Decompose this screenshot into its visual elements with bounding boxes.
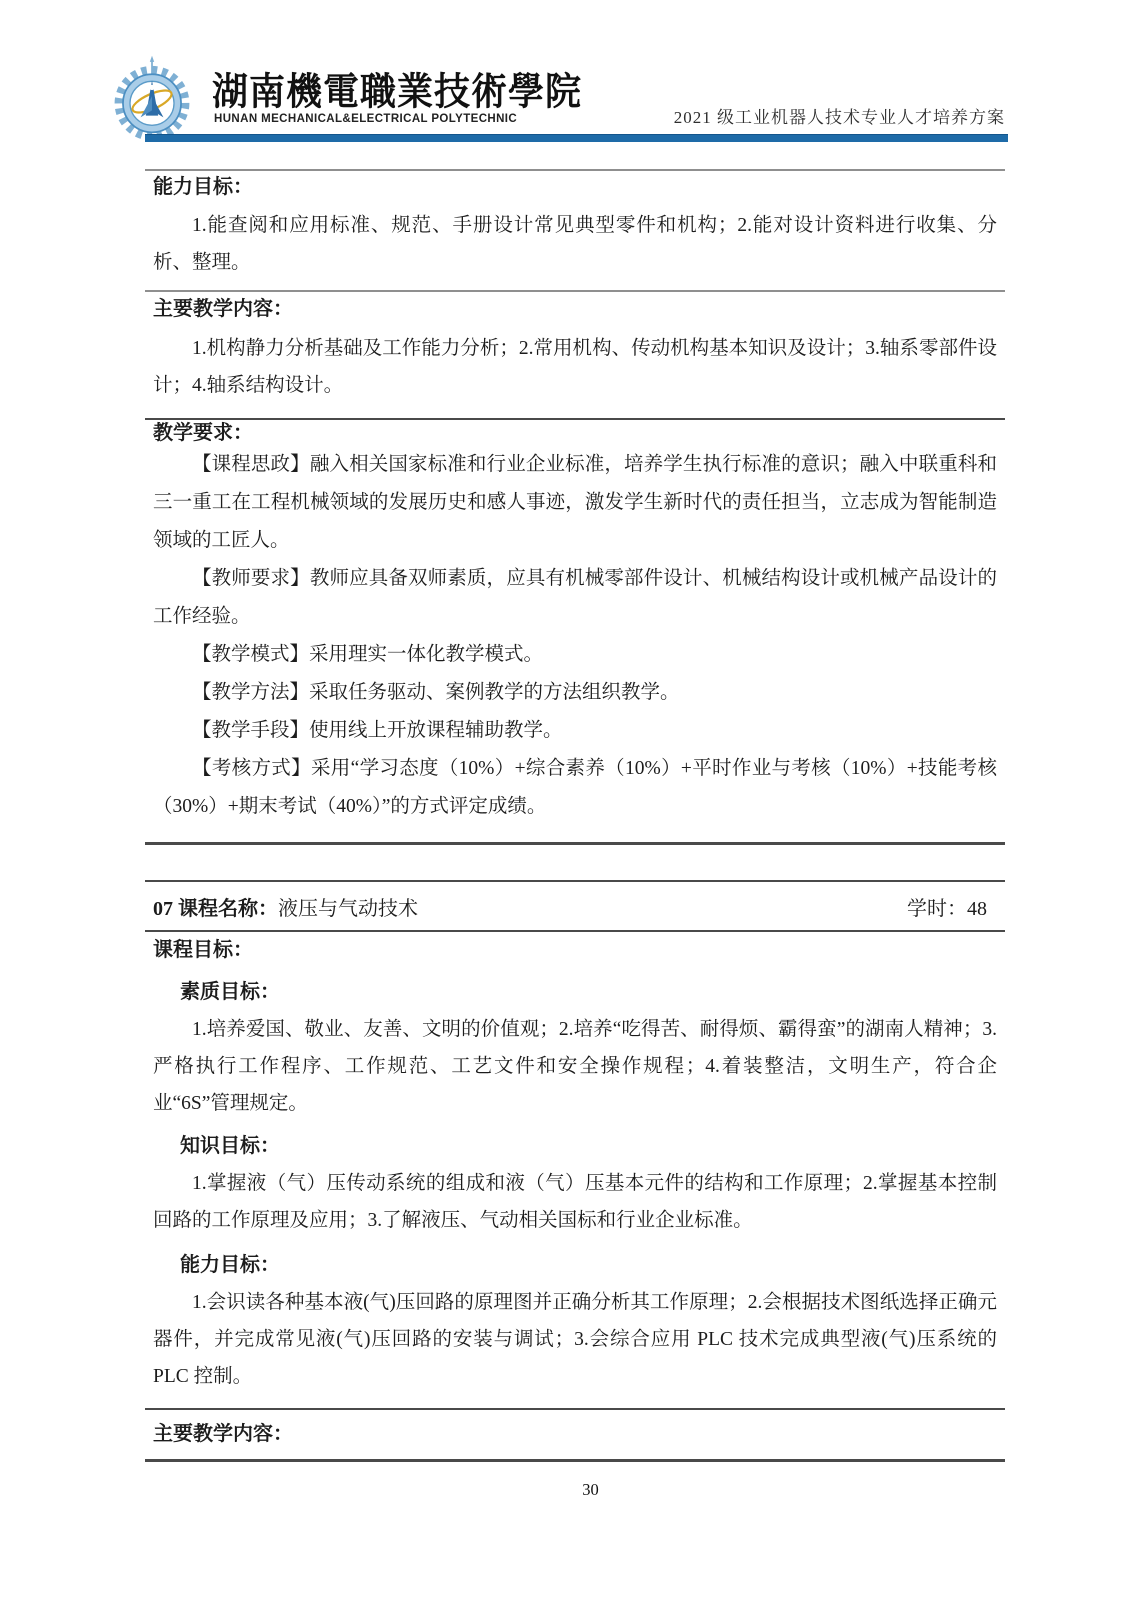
requirement-item: 【教学模式】采用理实一体化教学模式。 xyxy=(153,636,997,674)
course-objectives-heading: 课程目标： xyxy=(153,932,997,968)
ability-objectives-text: 1.会识读各种基本液(气)压回路的原理图并正确分析其工作原理；2.会根据技术图纸… xyxy=(153,1284,997,1395)
ability-objectives-heading: 能力目标： xyxy=(153,173,997,201)
hours-label: 学时： xyxy=(907,898,967,920)
document-page: 湖南機電職業技術學院 HUNAN MECHANICAL&ELECTRICAL P… xyxy=(0,0,1131,1600)
course07-section-table: 07 课程名称：液压与气动技术 学时：48 课程目标： 素质目标： 1.培养爱国… xyxy=(145,880,1005,1462)
quality-objectives-heading: 素质目标： xyxy=(180,974,997,1011)
course-title-row: 07 课程名称：液压与气动技术 学时：48 xyxy=(145,880,1005,930)
course-name: 液压与气动技术 xyxy=(278,898,418,920)
hours-value: 48 xyxy=(967,898,987,920)
ability-objectives-text: 1.能查阅和应用标准、规范、手册设计常见典型零件和机构；2.能对设计资料进行收集… xyxy=(153,207,997,281)
requirement-item: 【教学方法】采取任务驱动、案例教学的方法组织教学。 xyxy=(153,674,997,712)
teaching-content-text: 1.机构静力分析基础及工作能力分析；2.常用机构、传动机构基本知识及设计；3.轴… xyxy=(153,330,997,404)
requirement-item: 【课程思政】融入相关国家标准和行业企业标准，培养学生执行标准的意识；融入中联重科… xyxy=(153,446,997,560)
document-title: 2021 级工业机器人技术专业人才培养方案 xyxy=(405,103,1005,128)
course-title: 07 课程名称：液压与气动技术 xyxy=(153,892,418,921)
course06-section-table: 能力目标： 1.能查阅和应用标准、规范、手册设计常见典型零件和机构；2.能对设计… xyxy=(145,169,1005,845)
course-number-label: 07 课程名称： xyxy=(153,898,278,920)
ability-objectives-row: 能力目标： 1.能查阅和应用标准、规范、手册设计常见典型零件和机构；2.能对设计… xyxy=(145,169,1005,290)
page-number: 30 xyxy=(50,1480,1131,1500)
knowledge-objectives-heading: 知识目标： xyxy=(180,1128,997,1165)
requirement-item: 【教师要求】教师应具备双师素质，应具有机械零部件设计、机械结构设计或机械产品设计… xyxy=(153,560,997,636)
quality-objectives-text: 1.培养爱国、敬业、友善、文明的价值观；2.培养“吃得苦、耐得烦、霸得蛮”的湖南… xyxy=(153,1011,997,1122)
teaching-requirements-row: 教学要求： 【课程思政】融入相关国家标准和行业企业标准，培养学生执行标准的意识；… xyxy=(145,418,1005,845)
knowledge-objectives-text: 1.掌握液（气）压传动系统的组成和液（气）压基本元件的结构和工作原理；2.掌握基… xyxy=(153,1165,997,1239)
teaching-content-heading: 主要教学内容： xyxy=(153,294,997,324)
requirement-item: 【教学手段】使用线上开放课程辅助教学。 xyxy=(153,712,997,750)
course-objectives-row: 课程目标： 素质目标： 1.培养爱国、敬业、友善、文明的价值观；2.培养“吃得苦… xyxy=(145,930,1005,1408)
school-logo-gear-icon xyxy=(98,54,206,142)
teaching-content-row: 主要教学内容： 1.机构静力分析基础及工作能力分析；2.常用机构、传动机构基本知… xyxy=(145,290,1005,418)
ability-objectives-heading: 能力目标： xyxy=(180,1247,997,1284)
teaching-content-heading: 主要教学内容： xyxy=(153,1416,997,1452)
header-accent-rule xyxy=(145,134,1008,142)
teaching-content-row: 主要教学内容： xyxy=(145,1408,1005,1462)
requirement-item: 【考核方式】采用“学习态度（10%）+综合素养（10%）+平时作业与考核（10%… xyxy=(153,750,997,826)
teaching-requirements-heading: 教学要求： xyxy=(153,420,997,446)
course-hours: 学时：48 xyxy=(907,892,987,921)
